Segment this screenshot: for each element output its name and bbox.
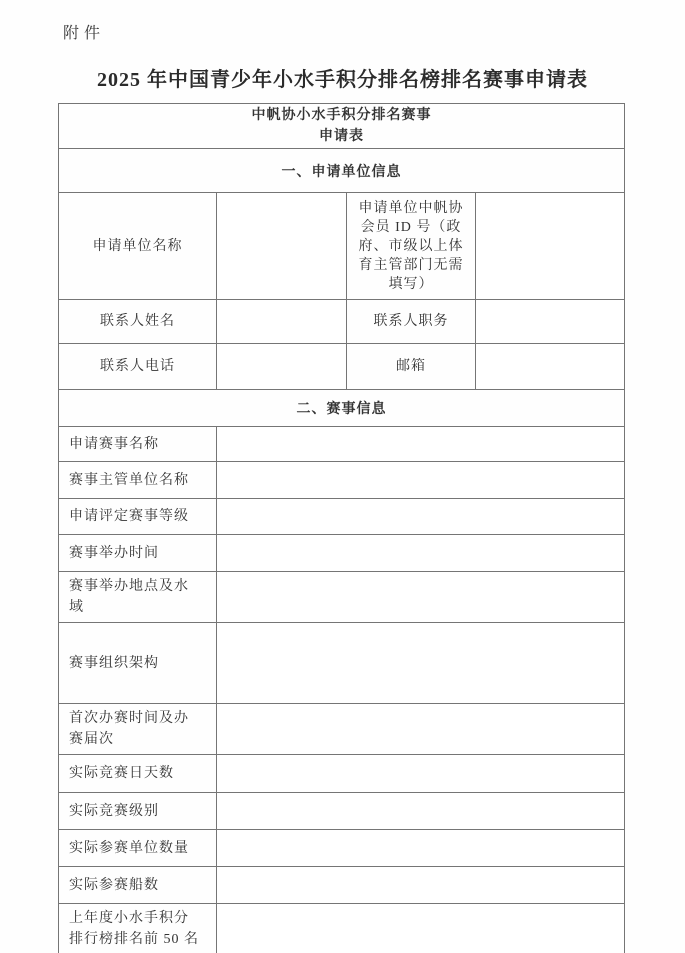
- scanned-form-page: 附件 2025 年中国青少年小水手积分排名榜排名赛事申请表 中帆协小水手积分排名…: [0, 0, 685, 953]
- field-label-applicant-unit-name: 申请单位名称: [59, 193, 217, 300]
- field-label-participating-boats: 实际参赛船数: [59, 867, 217, 904]
- input-cell-contact-phone: [217, 344, 347, 390]
- input-cell-contact-title: [476, 300, 625, 344]
- table-row: 联系人姓名 联系人职务: [59, 300, 625, 344]
- input-cell-contact-name: [217, 300, 347, 344]
- field-label-event-location: 赛事举办地点及水 域: [59, 572, 217, 623]
- input-cell-participating-boats: [217, 867, 625, 904]
- table-row: 赛事组织架构: [59, 623, 625, 704]
- field-label-event-time: 赛事举办时间: [59, 535, 217, 572]
- table-row: 实际参赛船数: [59, 867, 625, 904]
- table-row: 首次办赛时间及办 赛届次: [59, 704, 625, 755]
- table-row: 联系人电话 邮箱: [59, 344, 625, 390]
- form-table-title: 中帆协小水手积分排名赛事 申请表: [59, 104, 625, 149]
- input-cell-race-days: [217, 755, 625, 793]
- table-row: 实际竞赛级别: [59, 793, 625, 830]
- table-row: 赛事举办时间: [59, 535, 625, 572]
- field-label-race-days: 实际竞赛日天数: [59, 755, 217, 793]
- section1-heading: 一、申请单位信息: [59, 149, 625, 193]
- field-label-contact-title: 联系人职务: [347, 300, 476, 344]
- input-cell-event-grade: [217, 499, 625, 535]
- input-cell-first-edition: [217, 704, 625, 755]
- application-form-table: 中帆协小水手积分排名赛事 申请表 一、申请单位信息 申请单位名称 申请单位中帆协…: [58, 103, 625, 953]
- table-row: 上年度小水手积分 排行榜排名前 50 名: [59, 904, 625, 953]
- field-label-contact-name: 联系人姓名: [59, 300, 217, 344]
- field-label-member-id: 申请单位中帆协 会员 ID 号（政 府、市级以上体 育主管部门无需 填写）: [347, 193, 476, 300]
- input-cell-race-classes: [217, 793, 625, 830]
- input-cell-event-location: [217, 572, 625, 623]
- field-label-event-grade: 申请评定赛事等级: [59, 499, 217, 535]
- field-label-event-name: 申请赛事名称: [59, 427, 217, 462]
- input-cell-member-id: [476, 193, 625, 300]
- section2-heading: 二、赛事信息: [59, 390, 625, 427]
- table-row: 申请赛事名称: [59, 427, 625, 462]
- input-cell-event-time: [217, 535, 625, 572]
- input-cell-email: [476, 344, 625, 390]
- input-cell-supervising-unit: [217, 462, 625, 499]
- attachment-label: 附件: [63, 20, 105, 43]
- field-label-race-classes: 实际竞赛级别: [59, 793, 217, 830]
- table-row: 申请单位名称 申请单位中帆协 会员 ID 号（政 府、市级以上体 育主管部门无需…: [59, 193, 625, 300]
- table-row: 实际参赛单位数量: [59, 830, 625, 867]
- input-cell-applicant-unit-name: [217, 193, 347, 300]
- field-label-email: 邮箱: [347, 344, 476, 390]
- table-row: 实际竞赛日天数: [59, 755, 625, 793]
- input-cell-top50-ranking: [217, 904, 625, 953]
- field-label-org-structure: 赛事组织架构: [59, 623, 217, 704]
- input-cell-org-structure: [217, 623, 625, 704]
- input-cell-participating-units: [217, 830, 625, 867]
- table-row: 赛事主管单位名称: [59, 462, 625, 499]
- field-label-supervising-unit: 赛事主管单位名称: [59, 462, 217, 499]
- table-row: 赛事举办地点及水 域: [59, 572, 625, 623]
- field-label-first-edition: 首次办赛时间及办 赛届次: [59, 704, 217, 755]
- input-cell-event-name: [217, 427, 625, 462]
- table-row: 申请评定赛事等级: [59, 499, 625, 535]
- field-label-participating-units: 实际参赛单位数量: [59, 830, 217, 867]
- field-label-top50-ranking: 上年度小水手积分 排行榜排名前 50 名: [59, 904, 217, 953]
- field-label-contact-phone: 联系人电话: [59, 344, 217, 390]
- document-title: 2025 年中国青少年小水手积分排名榜排名赛事申请表: [0, 63, 685, 92]
